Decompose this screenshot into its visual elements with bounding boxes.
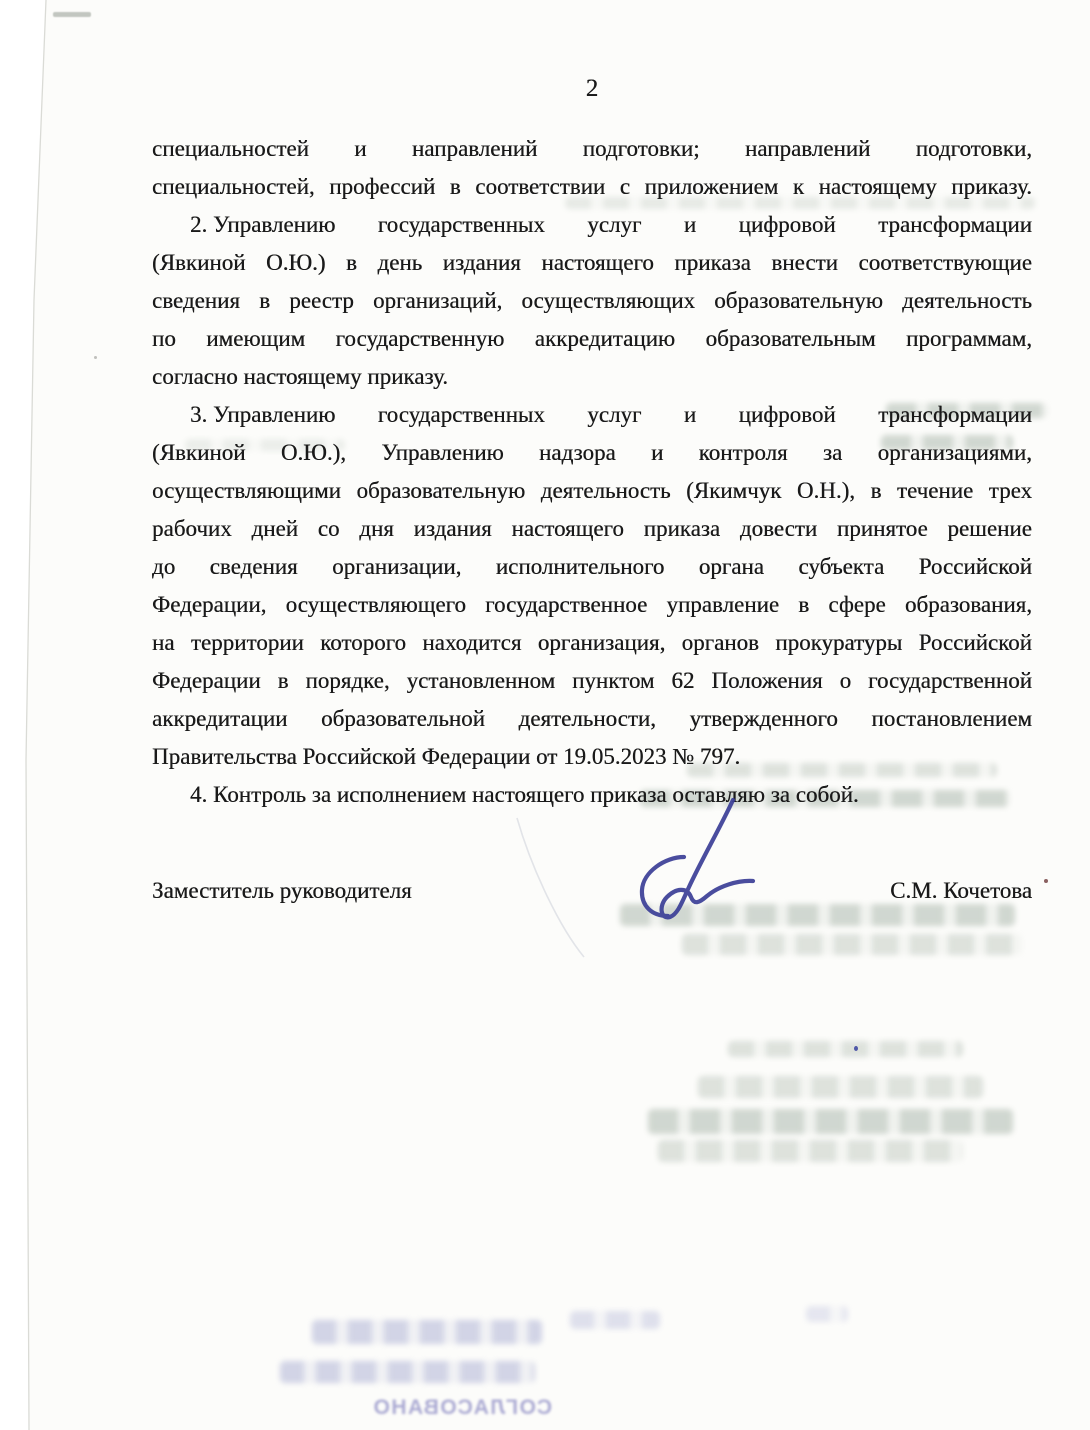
page-number: 2 <box>152 74 1032 104</box>
bleedthrough-smudge <box>698 1076 983 1098</box>
bleedthrough-smudge <box>280 1361 535 1383</box>
text-line: осуществляющимиобразовательнуюдеятельнос… <box>152 472 1032 510</box>
bleedthrough-smudge <box>728 1041 963 1057</box>
bleedthrough-smudge <box>682 934 1022 955</box>
scanned-page: СОГЛАСОВАНО 2 специальностейинаправлений… <box>0 0 1090 1430</box>
bleedthrough-smudge <box>570 1311 660 1329</box>
ink-speck <box>94 356 97 359</box>
scan-mark <box>53 12 91 17</box>
text-line: аккредитацииобразовательнойдеятельности,… <box>152 700 1032 738</box>
paragraph: 4. Контроль за исполнением настоящего пр… <box>152 776 1032 814</box>
text-line: специальностейинаправленийподготовки;нап… <box>152 130 1032 168</box>
document-body: специальностейинаправленийподготовки;нап… <box>152 130 1032 814</box>
paragraph: специальностейинаправленийподготовки;нап… <box>152 130 1032 206</box>
text-line: 3. Управлениюгосударственныхуслугицифров… <box>152 396 1032 434</box>
text-line: поимеющимгосударственнуюаккредитациюобра… <box>152 320 1032 358</box>
paragraph: 2. Управлениюгосударственныхуслугицифров… <box>152 206 1032 396</box>
bleedthrough-smudge <box>312 1320 542 1344</box>
text-line: (ЯвкинойО.Ю.),Управлениюнадзораиконтроля… <box>152 434 1032 472</box>
text-line: 2. Управлениюгосударственныхуслугицифров… <box>152 206 1032 244</box>
text-line: досведенияорганизации,исполнительногоорг… <box>152 548 1032 586</box>
page-edge-shadow <box>0 0 46 1430</box>
paragraph: 3. Управлениюгосударственныхуслугицифров… <box>152 396 1032 776</box>
text-line: 4. Контроль за исполнением настоящего пр… <box>152 776 1032 814</box>
text-line: Правительства Российской Федерации от 19… <box>152 738 1032 776</box>
text-line: (ЯвкинойО.Ю.)вденьизданиянастоящегоприка… <box>152 244 1032 282</box>
text-line: Федерациивпорядке,установленномпунктом62… <box>152 662 1032 700</box>
signer-title: Заместитель руководителя <box>152 878 412 904</box>
signature-block: Заместитель руководителя С.М. Кочетова <box>152 872 1032 910</box>
bleedthrough-stamp-text: СОГЛАСОВАНО <box>372 1396 552 1420</box>
text-line: Федерации,осуществляющегогосударственное… <box>152 586 1032 624</box>
ink-speck <box>1044 879 1048 883</box>
text-line: сведениявреестрорганизаций,осуществляющи… <box>152 282 1032 320</box>
bleedthrough-smudge <box>648 1109 1013 1134</box>
text-line: рабочихднейсодняизданиянастоящегоприказа… <box>152 510 1032 548</box>
bleedthrough-smudge <box>806 1306 848 1322</box>
ink-speck <box>854 1046 858 1051</box>
text-line: согласно настоящему приказу. <box>152 358 1032 396</box>
signer-name: С.М. Кочетова <box>890 878 1032 904</box>
text-line: специальностей,профессийвсоответствииспр… <box>152 168 1032 206</box>
bleedthrough-smudge <box>658 1140 963 1162</box>
text-line: натерриториикоторогонаходитсяорганизация… <box>152 624 1032 662</box>
